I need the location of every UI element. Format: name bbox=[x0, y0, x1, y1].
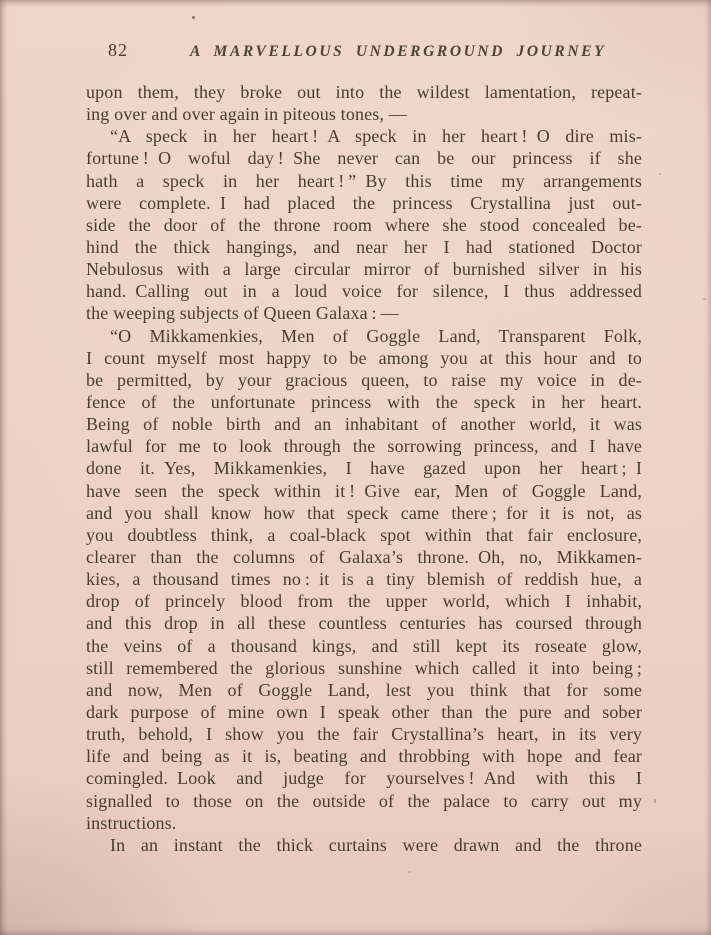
text-line: instructions. bbox=[86, 812, 642, 834]
text-line: fortune ! O woful day ! She never can be… bbox=[86, 147, 642, 169]
text-line: “A speck in her heart ! A speck in her h… bbox=[86, 125, 642, 147]
running-title: A MARVELLOUS UNDERGROUND JOURNEY bbox=[190, 43, 606, 61]
ink-speck bbox=[192, 16, 195, 19]
text-line: have seen the speck within it ! Give ear… bbox=[86, 480, 642, 502]
text-line: were complete. I had placed the princess… bbox=[86, 192, 642, 214]
text-line: still remembered the glorious sunshine w… bbox=[86, 657, 642, 679]
text-line: life and being as it is, beating and thr… bbox=[86, 745, 642, 767]
text-line: you doubtless think, a coal-black spot w… bbox=[86, 524, 642, 546]
text-line: Being of noble birth and an inhabitant o… bbox=[86, 413, 642, 435]
ink-speck bbox=[703, 298, 706, 300]
ink-speck bbox=[659, 173, 661, 175]
text-line: and you shall know how that speck came t… bbox=[86, 502, 642, 524]
text-line: hath a speck in her heart ! ” By this ti… bbox=[86, 170, 642, 192]
text-line: ing over and over again in piteous tones… bbox=[86, 103, 642, 125]
text-line: dark purpose of mine own I speak other t… bbox=[86, 701, 642, 723]
text-line: Nebulosus with a large circular mirror o… bbox=[86, 258, 642, 280]
text-line: be permitted, by your gracious queen, to… bbox=[86, 369, 642, 391]
text-line: and now, Men of Goggle Land, lest you th… bbox=[86, 679, 642, 701]
text-line: truth, behold, I show you the fair Cryst… bbox=[86, 723, 642, 745]
text-line: drop of princely blood from the upper wo… bbox=[86, 590, 642, 612]
text-line: comingled. Look and judge for yourselves… bbox=[86, 767, 642, 789]
text-line: hind the thick hangings, and near her I … bbox=[86, 236, 642, 258]
text-line: “O Mikkamenkies, Men of Goggle Land, Tra… bbox=[86, 325, 642, 347]
text-line: kies, a thousand times no : it is a tiny… bbox=[86, 568, 642, 590]
ink-speck bbox=[654, 799, 656, 803]
page-number: 82 bbox=[108, 40, 128, 61]
book-page-scan: 82 A MARVELLOUS UNDERGROUND JOURNEY upon… bbox=[0, 0, 711, 935]
text-line: the weeping subjects of Queen Galaxa : — bbox=[86, 302, 642, 324]
text-line: signalled to those on the outside of the… bbox=[86, 790, 642, 812]
text-line: clearer than the columns of Galaxa’s thr… bbox=[86, 546, 642, 568]
running-head: 82 A MARVELLOUS UNDERGROUND JOURNEY bbox=[108, 40, 625, 61]
text-line: upon them, they broke out into the wilde… bbox=[86, 81, 642, 103]
text-line: and this drop in all these countless cen… bbox=[86, 612, 642, 634]
text-line: fence of the unfortunate princess with t… bbox=[86, 391, 642, 413]
text-line: done it. Yes, Mikkamenkies, I have gazed… bbox=[86, 457, 642, 479]
text-line: side the door of the throne room where s… bbox=[86, 214, 642, 236]
text-line: hand. Calling out in a loud voice for si… bbox=[86, 280, 642, 302]
text-line: lawful for me to look through the sorrow… bbox=[86, 435, 642, 457]
text-line: In an instant the thick curtains were dr… bbox=[86, 834, 642, 856]
text-line: the veins of a thousand kings, and still… bbox=[86, 635, 642, 657]
body-text: upon them, they broke out into the wilde… bbox=[86, 81, 642, 856]
text-line: I count myself most happy to be among yo… bbox=[86, 347, 642, 369]
ink-speck bbox=[408, 871, 411, 873]
